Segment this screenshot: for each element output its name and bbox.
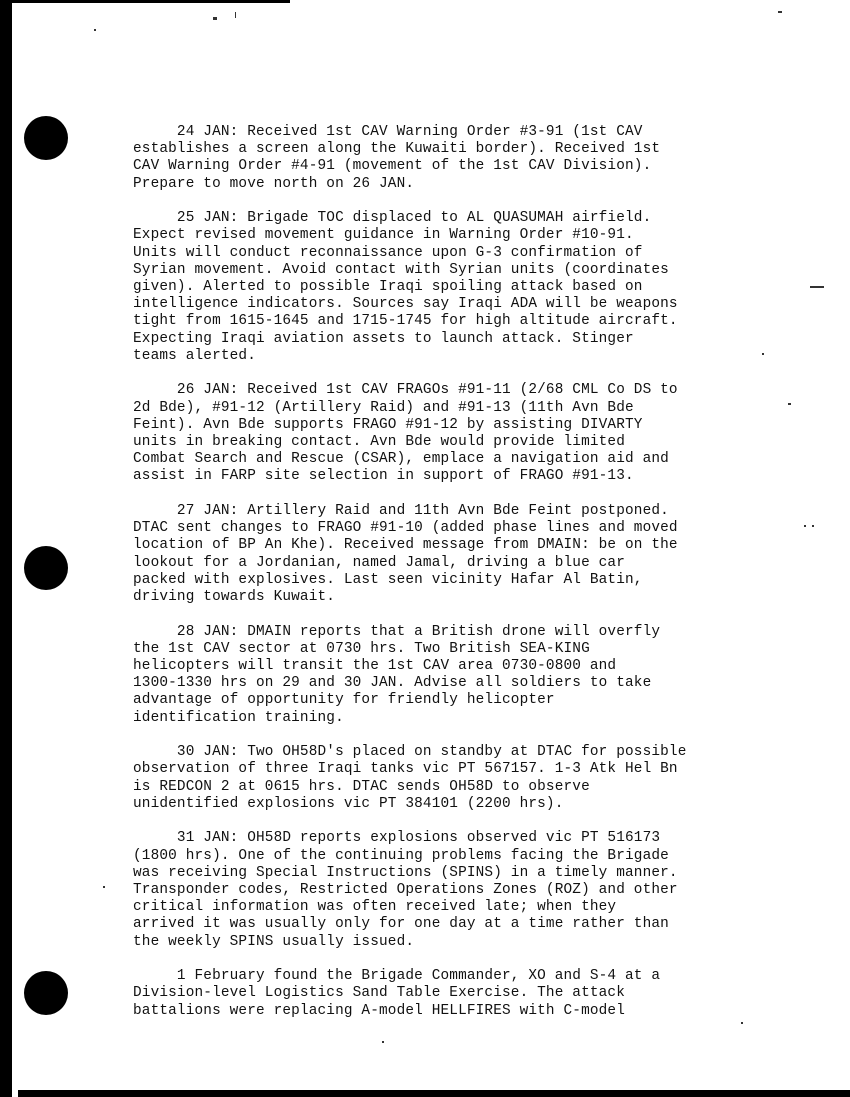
text-line: arrived it was usually only for one day …	[133, 916, 669, 932]
paragraph-24-jan: 24 JAN: Received 1st CAV Warning Order #…	[133, 124, 773, 193]
text-line: lookout for a Jordanian, named Jamal, dr…	[133, 555, 625, 571]
scan-speck	[94, 29, 96, 31]
text-line: 1 February found the Brigade Commander, …	[133, 968, 660, 984]
text-line: Units will conduct reconnaissance upon G…	[133, 245, 643, 261]
scan-speck	[213, 17, 217, 20]
scan-speck	[812, 525, 814, 527]
text-line: Expect revised movement guidance in Warn…	[133, 227, 634, 243]
text-line: observation of three Iraqi tanks vic PT …	[133, 761, 678, 777]
text-line: intelligence indicators. Sources say Ira…	[133, 296, 678, 312]
paragraph-31-jan: 31 JAN: OH58D reports explosions observe…	[133, 830, 773, 950]
text-line: 24 JAN: Received 1st CAV Warning Order #…	[133, 124, 643, 140]
text-line: 25 JAN: Brigade TOC displaced to AL QUAS…	[133, 210, 651, 226]
paragraph-28-jan: 28 JAN: DMAIN reports that a British dro…	[133, 624, 773, 727]
text-line: Division-level Logistics Sand Table Exer…	[133, 985, 625, 1001]
text-line: Expecting Iraqi aviation assets to launc…	[133, 331, 634, 347]
text-line: 31 JAN: OH58D reports explosions observe…	[133, 830, 660, 846]
text-line: 2d Bde), #91-12 (Artillery Raid) and #91…	[133, 400, 634, 416]
scan-speck	[788, 403, 791, 405]
text-line: the weekly SPINS usually issued.	[133, 934, 414, 950]
text-line: DTAC sent changes to FRAGO #91-10 (added…	[133, 520, 678, 536]
paragraph-26-jan: 26 JAN: Received 1st CAV FRAGOs #91-11 (…	[133, 382, 773, 485]
scan-bottom-border	[18, 1090, 850, 1097]
scan-speck	[382, 1041, 384, 1043]
text-line: advantage of opportunity for friendly he…	[133, 692, 555, 708]
text-line: Prepare to move north on 26 JAN.	[133, 176, 414, 192]
paragraph-1-feb: 1 February found the Brigade Commander, …	[133, 968, 773, 1020]
paragraph-25-jan: 25 JAN: Brigade TOC displaced to AL QUAS…	[133, 210, 773, 365]
scan-speck	[235, 12, 236, 18]
text-line: given). Alerted to possible Iraqi spoili…	[133, 279, 643, 295]
paragraph-27-jan: 27 JAN: Artillery Raid and 11th Avn Bde …	[133, 503, 773, 606]
binder-punch-hole-top	[24, 116, 68, 160]
scan-speck	[103, 886, 105, 888]
text-line: Feint). Avn Bde supports FRAGO #91-12 by…	[133, 417, 643, 433]
text-line: 28 JAN: DMAIN reports that a British dro…	[133, 624, 660, 640]
text-line: tight from 1615-1645 and 1715-1745 for h…	[133, 313, 678, 329]
text-line: assist in FARP site selection in support…	[133, 468, 634, 484]
text-line: establishes a screen along the Kuwaiti b…	[133, 141, 660, 157]
text-line: Combat Search and Rescue (CSAR), emplace…	[133, 451, 669, 467]
text-line: teams alerted.	[133, 348, 256, 364]
text-line: helicopters will transit the 1st CAV are…	[133, 658, 616, 674]
scan-speck	[804, 525, 806, 527]
binder-punch-hole-bottom	[24, 971, 68, 1015]
text-line: 1300-1330 hrs on 29 and 30 JAN. Advise a…	[133, 675, 651, 691]
scan-left-border	[0, 0, 12, 1097]
text-line: was receiving Special Instructions (SPIN…	[133, 865, 678, 881]
binder-punch-hole-middle	[24, 546, 68, 590]
text-line: critical information was often received …	[133, 899, 616, 915]
text-line: driving towards Kuwait.	[133, 589, 335, 605]
paragraph-30-jan: 30 JAN: Two OH58D's placed on standby at…	[133, 744, 773, 813]
scan-mark	[810, 286, 824, 288]
document-body: 24 JAN: Received 1st CAV Warning Order #…	[133, 124, 773, 1037]
text-line: (1800 hrs). One of the continuing proble…	[133, 848, 669, 864]
text-line: units in breaking contact. Avn Bde would…	[133, 434, 625, 450]
scan-top-border	[0, 0, 290, 3]
text-line: Transponder codes, Restricted Operations…	[133, 882, 678, 898]
text-line: CAV Warning Order #4-91 (movement of the…	[133, 158, 651, 174]
text-line: is REDCON 2 at 0615 hrs. DTAC sends OH58…	[133, 779, 590, 795]
text-line: the 1st CAV sector at 0730 hrs. Two Brit…	[133, 641, 590, 657]
text-line: unidentified explosions vic PT 384101 (2…	[133, 796, 564, 812]
text-line: packed with explosives. Last seen vicini…	[133, 572, 643, 588]
text-line: location of BP An Khe). Received message…	[133, 537, 678, 553]
scan-speck	[778, 11, 782, 13]
text-line: 30 JAN: Two OH58D's placed on standby at…	[133, 744, 687, 760]
text-line: 26 JAN: Received 1st CAV FRAGOs #91-11 (…	[133, 382, 678, 398]
text-line: identification training.	[133, 710, 344, 726]
text-line: 27 JAN: Artillery Raid and 11th Avn Bde …	[133, 503, 669, 519]
text-line: battalions were replacing A-model HELLFI…	[133, 1003, 625, 1019]
text-line: Syrian movement. Avoid contact with Syri…	[133, 262, 669, 278]
